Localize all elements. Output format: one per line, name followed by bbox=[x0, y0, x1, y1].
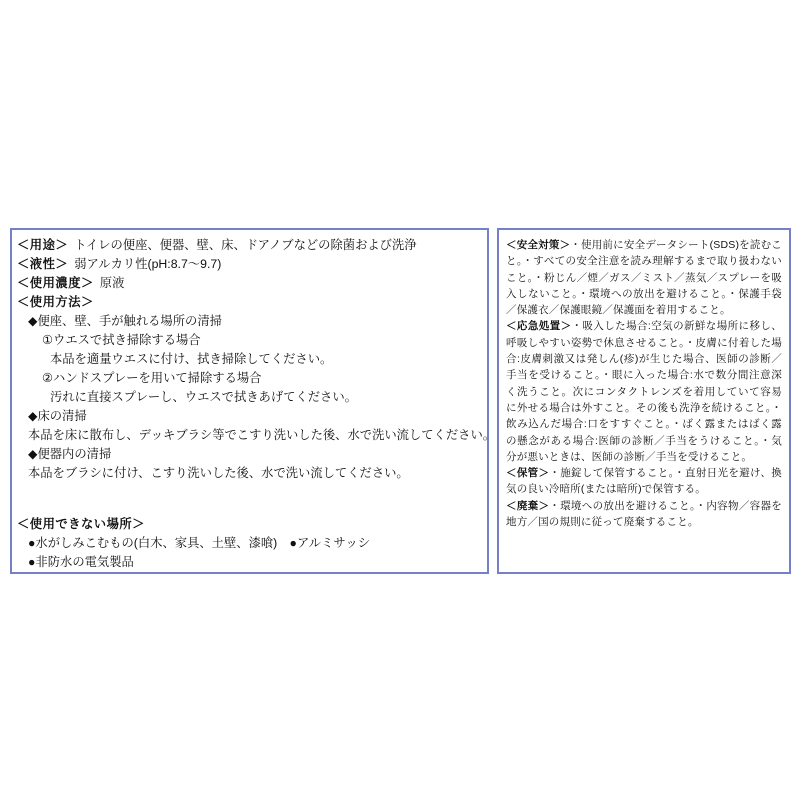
line-text: トイレの便座、便器、壁、床、ドアノブなどの除菌および洗浄 bbox=[74, 238, 416, 252]
line-text: 本品を床に散布し、デッキブラシ等でこすり洗いした後、水で洗い流してください。 bbox=[28, 428, 495, 442]
left-line: ＜使用できない場所＞ bbox=[17, 515, 483, 534]
section-heading: ＜液性＞ bbox=[17, 257, 68, 271]
left-line: ＜使用方法＞ bbox=[17, 293, 483, 312]
right-panel-content: ＜安全対策＞・使用前に安全データシート(SDS)を読むこと。・すべての安全注意を… bbox=[506, 237, 782, 530]
left-line: 本品を床に散布し、デッキブラシ等でこすり洗いした後、水で洗い流してください。 bbox=[17, 426, 483, 445]
safety-info-panel: ＜安全対策＞・使用前に安全データシート(SDS)を読むこと。・すべての安全注意を… bbox=[497, 228, 791, 574]
left-line: ◆便座、壁、手が触れる場所の清掃 bbox=[17, 312, 483, 331]
line-text: 原液 bbox=[100, 276, 125, 290]
left-line: ②ハンドスプレーを用いて掃除する場合 bbox=[17, 369, 483, 388]
line-text: 弱アルカリ性(pH:8.7～9.7) bbox=[74, 257, 221, 271]
left-line: ＜使用濃度＞原液 bbox=[17, 274, 483, 293]
line-text: 本品をブラシに付け、こすり洗いした後、水で洗い流してください。 bbox=[28, 466, 409, 480]
left-line: ＜用途＞トイレの便座、便器、壁、床、ドアノブなどの除菌および洗浄 bbox=[17, 236, 483, 255]
line-text: ◆床の清掃 bbox=[28, 409, 87, 423]
line-text: 本品を適量ウエスに付け、拭き掃除してください。 bbox=[50, 352, 332, 366]
section-heading: ＜安全対策＞ bbox=[506, 239, 570, 251]
safety-section: ＜廃棄＞・環境への放出を避けること。・内容物／容器を地方／国の規則に従って廃棄す… bbox=[506, 498, 782, 531]
line-text: ◆便器内の清掃 bbox=[28, 447, 111, 461]
line-text: ●水がしみこむもの(白木、家具、土壁、漆喰) ●アルミサッシ bbox=[28, 536, 370, 550]
section-heading: ＜使用方法＞ bbox=[17, 295, 94, 309]
label-document: ＜用途＞トイレの便座、便器、壁、床、ドアノブなどの除菌および洗浄＜液性＞弱アルカ… bbox=[0, 0, 800, 800]
line-text: ◆便座、壁、手が触れる場所の清掃 bbox=[28, 314, 222, 328]
left-panel-content: ＜用途＞トイレの便座、便器、壁、床、ドアノブなどの除菌および洗浄＜液性＞弱アルカ… bbox=[17, 236, 483, 572]
blank-spacer bbox=[17, 483, 483, 515]
left-line: ●非防水の電気製品 bbox=[17, 553, 483, 572]
left-line: ①ウエスで拭き掃除する場合 bbox=[17, 331, 483, 350]
left-line: 汚れに直接スプレーし、ウエスで拭きあげてください。 bbox=[17, 388, 483, 407]
section-heading: ＜応急処置＞ bbox=[506, 320, 571, 332]
section-heading: ＜用途＞ bbox=[17, 238, 68, 252]
usage-info-panel: ＜用途＞トイレの便座、便器、壁、床、ドアノブなどの除菌および洗浄＜液性＞弱アルカ… bbox=[10, 228, 489, 574]
line-text: ②ハンドスプレーを用いて掃除する場合 bbox=[42, 371, 261, 385]
left-line: ＜液性＞弱アルカリ性(pH:8.7～9.7) bbox=[17, 255, 483, 274]
line-text: ●非防水の電気製品 bbox=[28, 555, 134, 569]
line-text: 汚れに直接スプレーし、ウエスで拭きあげてください。 bbox=[50, 390, 357, 404]
section-heading: ＜保管＞ bbox=[506, 467, 549, 479]
left-line: ◆床の清掃 bbox=[17, 407, 483, 426]
safety-section: ＜安全対策＞・使用前に安全データシート(SDS)を読むこと。・すべての安全注意を… bbox=[506, 237, 782, 318]
section-heading: ＜使用できない場所＞ bbox=[17, 517, 145, 531]
left-line: ◆便器内の清掃 bbox=[17, 445, 483, 464]
section-heading: ＜使用濃度＞ bbox=[17, 276, 94, 290]
left-line: 本品を適量ウエスに付け、拭き掃除してください。 bbox=[17, 350, 483, 369]
safety-section: ＜応急処置＞・吸入した場合:空気の新鮮な場所に移し、呼吸しやすい姿勢で休息させる… bbox=[506, 318, 782, 465]
safety-section: ＜保管＞・施錠して保管すること。・直射日光を避け、換気の良い冷暗所(または暗所)… bbox=[506, 465, 782, 498]
left-line: ●水がしみこむもの(白木、家具、土壁、漆喰) ●アルミサッシ bbox=[17, 534, 483, 553]
left-line: 本品をブラシに付け、こすり洗いした後、水で洗い流してください。 bbox=[17, 464, 483, 483]
section-body: ・吸入した場合:空気の新鮮な場所に移し、呼吸しやすい姿勢で休息させること。・皮膚… bbox=[506, 320, 782, 462]
section-heading: ＜廃棄＞ bbox=[506, 500, 549, 512]
line-text: ①ウエスで拭き掃除する場合 bbox=[42, 333, 201, 347]
